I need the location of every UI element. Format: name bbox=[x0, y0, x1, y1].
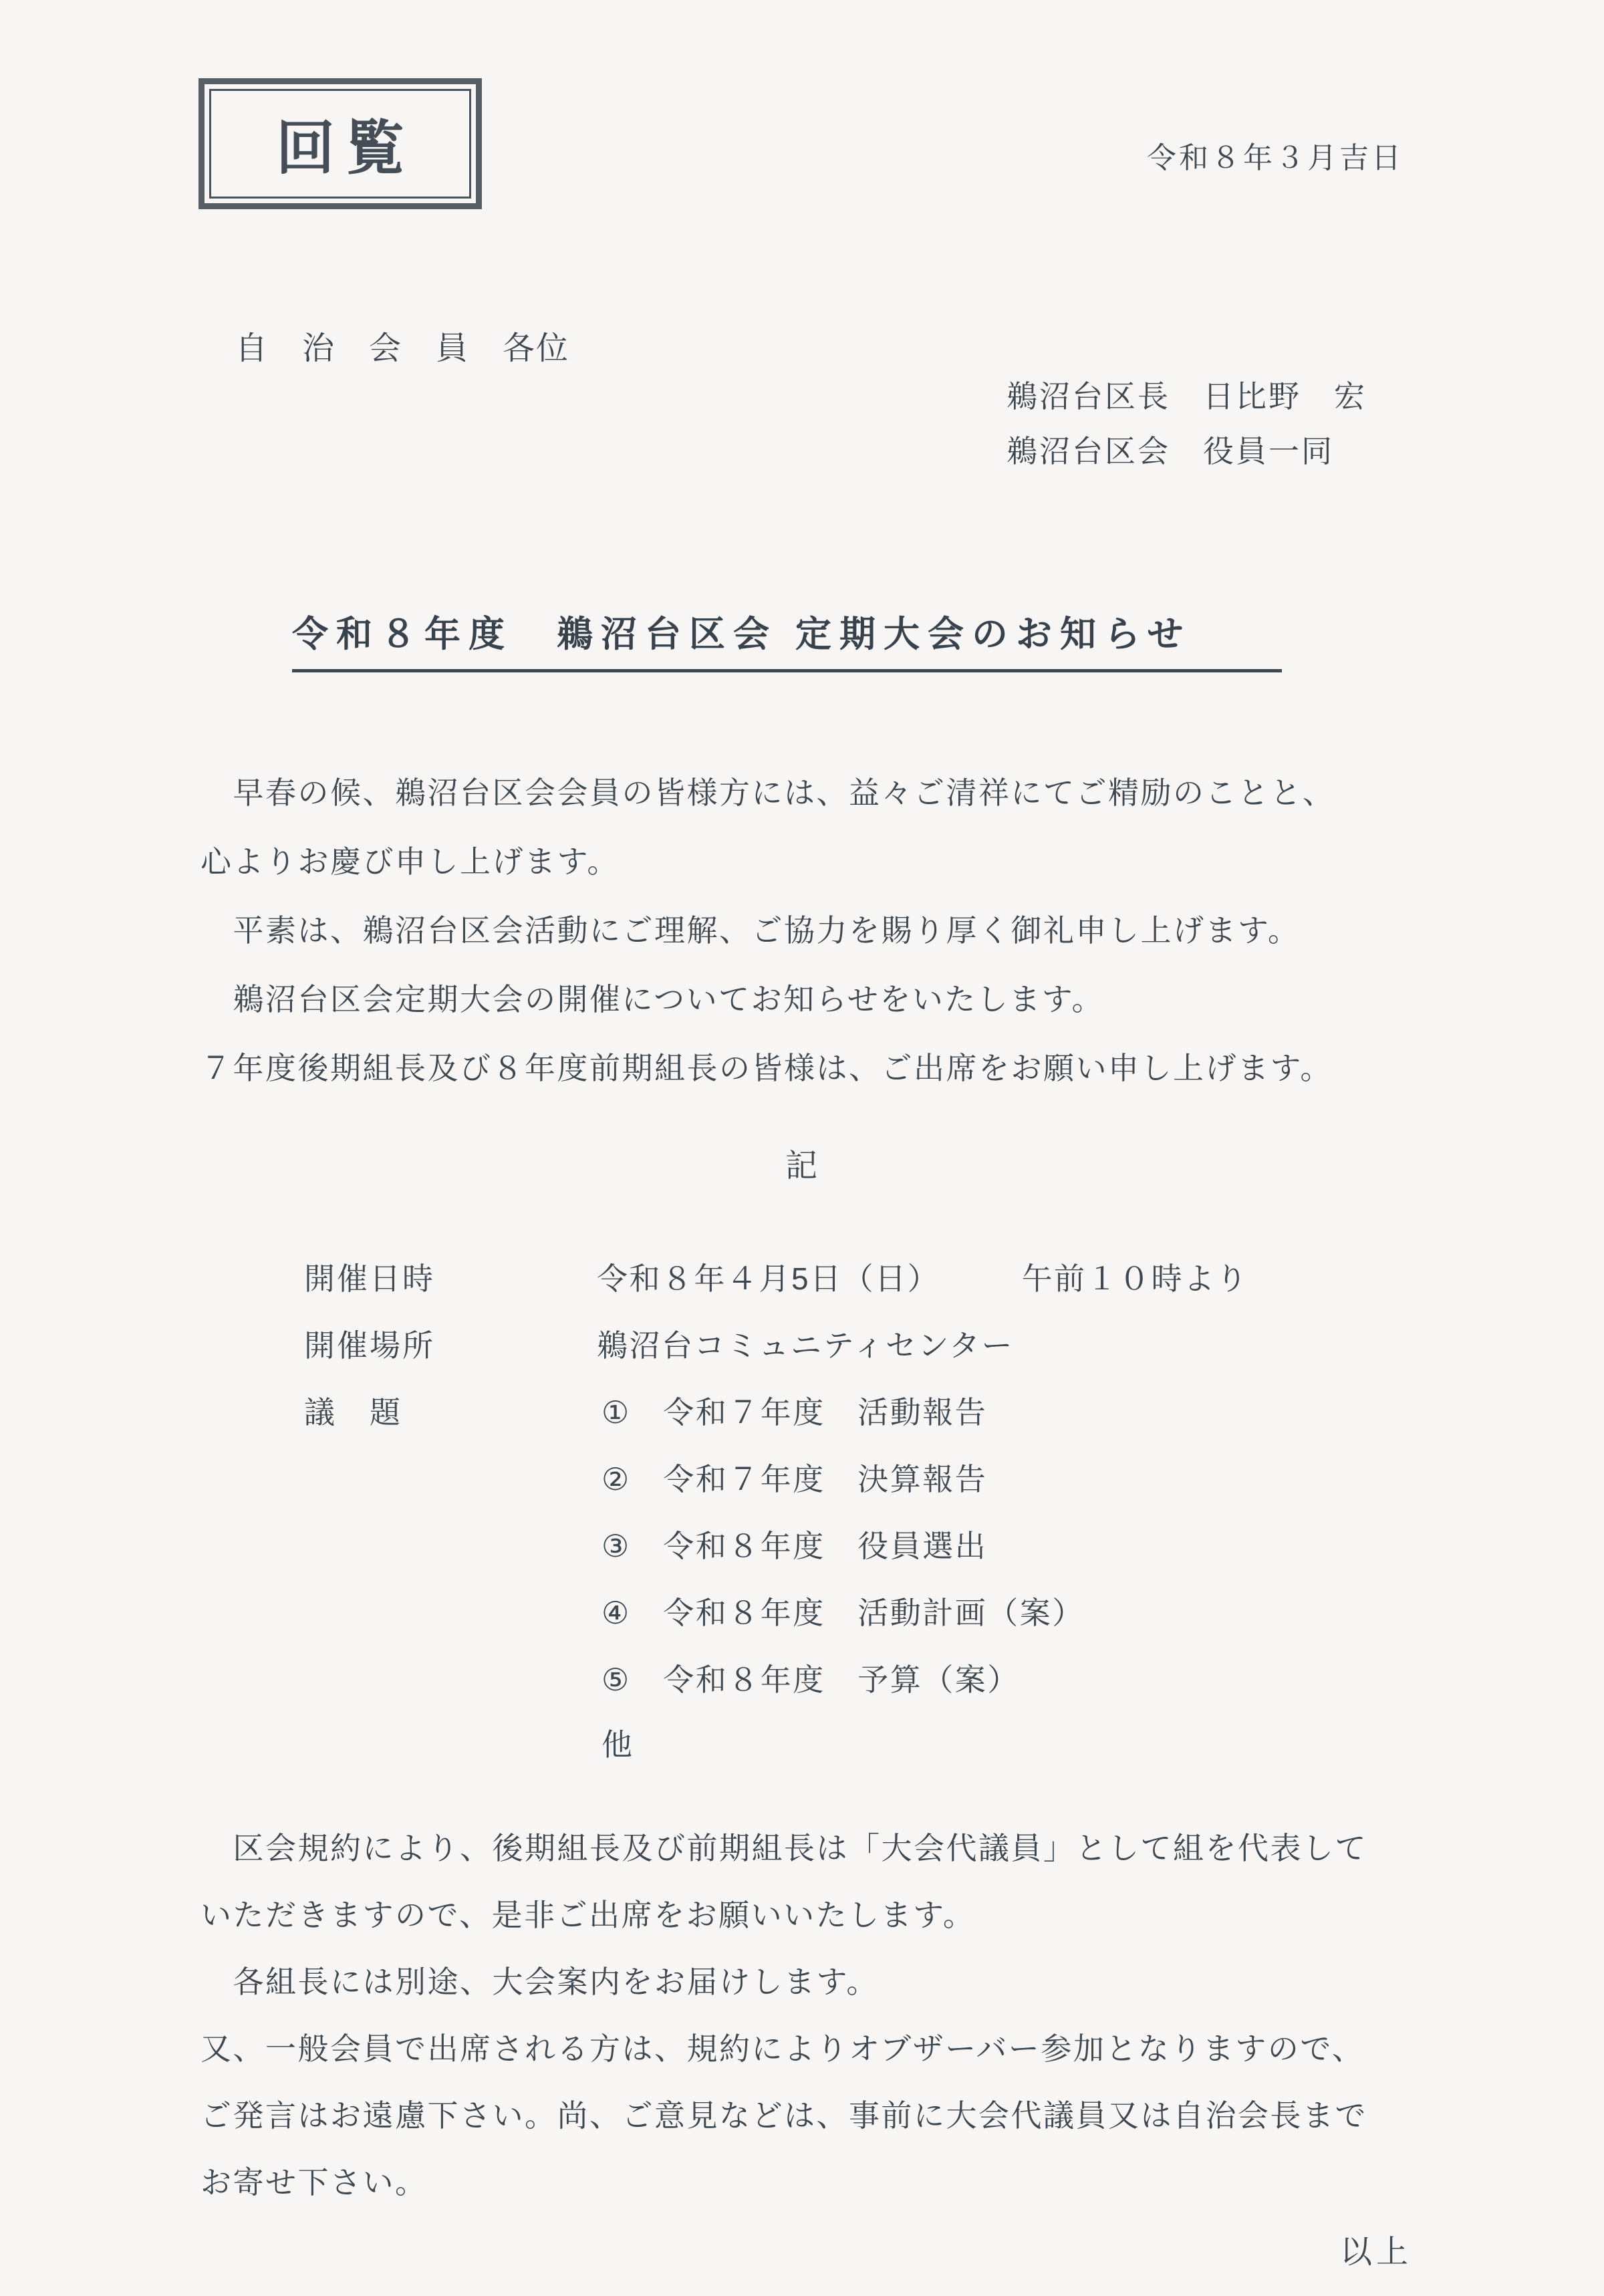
end-mark: 以上 bbox=[1340, 2226, 1412, 2272]
body-line-3: 平素は、鵜沼台区会活動にご理解、ご協力を賜り厚く御礼申し上げます。 bbox=[200, 896, 1410, 965]
sender-line-chairman: 鵜沼台区長 日比野 宏 bbox=[1007, 369, 1367, 424]
agenda-label: 議 題 bbox=[304, 1396, 402, 1429]
document-title: 令和８年度 鵜沼台区会 定期大会のお知らせ bbox=[292, 606, 1282, 672]
document-date: 令和８年３月吉日 bbox=[1147, 134, 1403, 176]
meeting-datetime-label: 開催日時 bbox=[304, 1262, 435, 1295]
closing-line-2: いただきますので、是非ご出席をお願いいたします。 bbox=[200, 1882, 1410, 1948]
closing-line-3: 各組長には別途、大会案内をお届けします。 bbox=[200, 1948, 1410, 2015]
circulation-stamp-inner-border: 回覧 bbox=[209, 89, 471, 199]
meeting-datetime-value: 令和８年４月5日（日） 午前１０時より bbox=[597, 1262, 1248, 1295]
agenda-item-4: ④ 令和８年度 活動計画（案） bbox=[601, 1596, 1085, 1630]
scanned-notice-document: 回覧 令和８年３月吉日 自 治 会 員 各位 鵜沼台区長 日比野 宏 鵜沼台区会… bbox=[0, 0, 1604, 2296]
ki-marker: 記 bbox=[0, 1140, 1604, 1186]
agenda-item-2: ② 令和７年度 決算報告 bbox=[601, 1462, 987, 1496]
body-paragraphs: 早春の候、鵜沼台区会会員の皆様方には、益々ご清祥にてご精励のことと、 心よりお慶… bbox=[200, 759, 1410, 1103]
body-line-4: 鵜沼台区会定期大会の開催についてお知らせをいたします。 bbox=[200, 965, 1410, 1034]
closing-line-4: 又、一般会員で出席される方は、規約によりオブザーバー参加となりますので、 bbox=[200, 2015, 1410, 2082]
agenda-item-1: ① 令和７年度 活動報告 bbox=[601, 1396, 987, 1429]
meeting-place-value: 鵜沼台コミュニティセンター bbox=[597, 1329, 1014, 1362]
circulation-stamp-label: 回覧 bbox=[276, 102, 415, 186]
sender-line-officers: 鵜沼台区会 役員一同 bbox=[1007, 424, 1367, 479]
circulation-stamp-box: 回覧 bbox=[198, 78, 482, 209]
agenda-item-5: ⑤ 令和８年度 予算（案） bbox=[601, 1663, 1020, 1696]
closing-paragraphs: 区会規約により、後期組長及び前期組長は「大会代議員」として組を代表して いただき… bbox=[200, 1815, 1410, 2216]
body-line-5: ７年度後期組長及び８年度前期組長の皆様は、ご出席をお願い申し上げます。 bbox=[200, 1034, 1410, 1103]
closing-line-6: お寄せ下さい。 bbox=[200, 2149, 1410, 2216]
agenda-item-3: ③ 令和８年度 役員選出 bbox=[601, 1529, 987, 1563]
meeting-place-label: 開催場所 bbox=[304, 1329, 435, 1362]
sender-block: 鵜沼台区長 日比野 宏 鵜沼台区会 役員一同 bbox=[1007, 369, 1367, 479]
agenda-item-other: 他 bbox=[601, 1728, 634, 1761]
closing-line-5: ご発言はお遠慮下さい。尚、ご意見などは、事前に大会代議員又は自治会長まで bbox=[200, 2082, 1410, 2149]
addressee: 自 治 会 員 各位 bbox=[235, 322, 569, 368]
closing-line-1: 区会規約により、後期組長及び前期組長は「大会代議員」として組を代表して bbox=[200, 1815, 1410, 1882]
body-line-2: 心よりお慶び申し上げます。 bbox=[200, 827, 1410, 896]
body-line-1: 早春の候、鵜沼台区会会員の皆様方には、益々ご清祥にてご精励のことと、 bbox=[200, 759, 1410, 827]
